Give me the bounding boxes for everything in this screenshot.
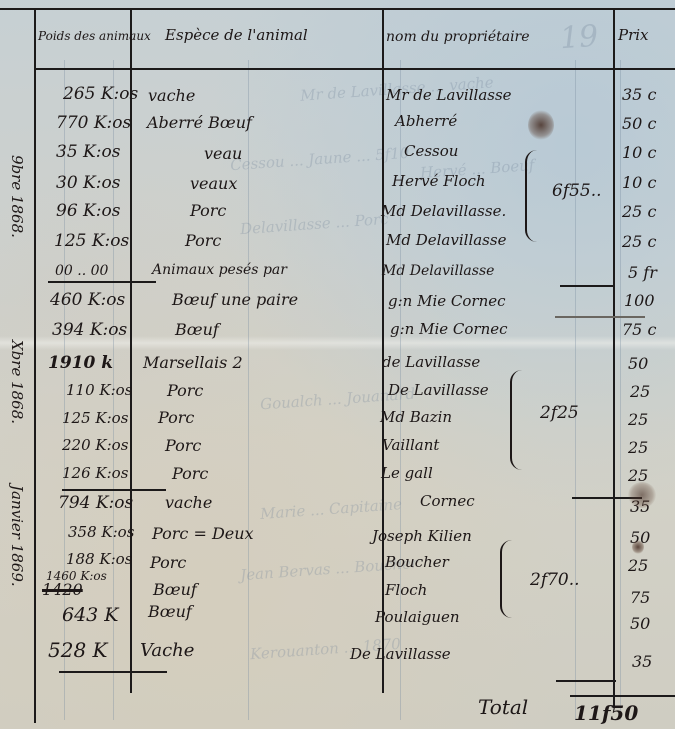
row-species: Bœuf	[148, 604, 192, 620]
row-species: vache	[165, 495, 212, 511]
row-price: 10 c	[622, 175, 656, 191]
row-price: 75 c	[622, 322, 656, 338]
row-weight: 125 K:os	[62, 411, 128, 426]
row-weight: 110 K:os	[66, 383, 132, 398]
section-separator	[556, 680, 616, 682]
faint-rule	[248, 60, 249, 720]
row-weight: 394 K:os	[52, 322, 127, 339]
row-owner: g:n Mie Cornec	[390, 322, 508, 337]
bleed-through-text: 19	[559, 19, 600, 57]
row-owner: Md Delavillasse	[386, 233, 506, 248]
row-weight: 35 K:os	[56, 144, 120, 161]
row-price: 25 c	[622, 204, 656, 220]
row-species: Vache	[140, 642, 194, 660]
row-owner: Poulaiguen	[375, 610, 460, 625]
row-owner: Floch	[385, 583, 427, 598]
row-owner: Md Delavillasse.	[381, 204, 506, 219]
weight-column-rule	[130, 8, 132, 693]
row-owner: g:n Mie Cornec	[388, 294, 506, 309]
row-owner: Le gall	[381, 466, 433, 481]
total-rule	[570, 695, 675, 697]
header-weight: Poids des animaux	[38, 30, 151, 42]
group-subtotal: 2f25	[540, 405, 579, 422]
total-value: 11f50	[574, 703, 638, 723]
total-label: Total	[478, 697, 528, 717]
row-owner: Md Bazin	[380, 410, 452, 425]
left-margin-rule	[34, 8, 36, 723]
section-separator	[555, 316, 645, 318]
row-weight: 1910 k	[48, 355, 113, 372]
header-price: Prix	[618, 28, 649, 43]
row-weight: 460 K:os	[50, 292, 125, 309]
row-owner: Md Delavillasse	[382, 264, 494, 278]
row-price: 50	[628, 356, 648, 372]
section-separator	[48, 281, 156, 283]
row-price: 5 fr	[628, 265, 657, 281]
row-species: vache	[148, 88, 195, 104]
row-species: Bœuf une paire	[172, 292, 298, 308]
row-price: 25 c	[622, 234, 656, 250]
row-species: Porc	[165, 438, 201, 454]
row-weight: 126 K:os	[62, 466, 128, 481]
ledger-page: Mr de Lavillasse ... vache Cessou ... Ja…	[0, 0, 675, 729]
row-species: Porc	[172, 466, 208, 482]
row-owner: Vaillant	[382, 438, 439, 453]
row-price: 10 c	[622, 145, 656, 161]
row-weight: 220 K:os	[62, 438, 128, 453]
row-weight: 96 K:os	[56, 203, 120, 220]
row-species: Animaux pesés par	[152, 263, 287, 277]
row-weight: 265 K:os	[63, 86, 138, 103]
row-weight: 770 K:os	[56, 115, 131, 132]
row-price: 25	[628, 558, 648, 574]
row-price: 50	[630, 616, 650, 632]
faint-rule	[620, 60, 621, 720]
row-price: 35 c	[622, 87, 656, 103]
ink-blot	[528, 110, 554, 140]
row-owner: Hervé Floch	[392, 174, 486, 189]
row-price: 75	[630, 590, 650, 606]
row-species: Aberré Bœuf	[147, 115, 252, 131]
section-separator	[560, 285, 615, 287]
group-brace	[510, 370, 522, 470]
row-price: 100	[624, 293, 655, 309]
row-owner: Joseph Kilien	[372, 529, 472, 544]
row-price: 50 c	[622, 116, 656, 132]
row-owner: Cessou	[404, 144, 458, 159]
group-brace	[500, 540, 512, 618]
row-owner: De Lavillasse	[388, 383, 489, 398]
faint-rule	[575, 60, 576, 720]
row-price: 25	[628, 440, 648, 456]
species-column-rule	[382, 8, 384, 693]
header-owner: nom du propriétaire	[386, 30, 530, 44]
row-species: Bœuf	[153, 582, 197, 598]
side-date: Janvier 1869.	[8, 485, 26, 587]
top-rule	[0, 8, 675, 10]
row-weight: 00 .. 00	[55, 264, 108, 278]
row-weight: 125 K:os	[54, 233, 129, 250]
row-species: Porc	[185, 233, 221, 249]
row-owner: Mr de Lavillasse	[386, 88, 512, 103]
row-species: Porc = Deux	[152, 526, 254, 542]
group-subtotal: 2f70..	[530, 572, 580, 589]
row-species: veau	[204, 146, 242, 162]
row-owner: Cornec	[420, 494, 475, 509]
row-species: veaux	[190, 176, 237, 192]
group-subtotal: 6f55..	[552, 183, 602, 200]
row-weight: 643 K	[62, 606, 119, 625]
side-date: Xbre 1868.	[8, 340, 26, 424]
ink-blot	[628, 482, 656, 508]
row-price: 35	[632, 654, 652, 670]
row-price: 25	[630, 384, 650, 400]
row-owner: de Lavillasse	[382, 355, 480, 370]
owner-column-rule	[613, 8, 615, 708]
row-price: 25	[628, 412, 648, 428]
row-species: Porc	[150, 555, 186, 571]
row-owner: Boucher	[385, 555, 449, 570]
ink-blot	[632, 540, 644, 554]
header-species: Espèce de l'animal	[165, 28, 308, 43]
row-species: Marsellais 2	[143, 355, 243, 371]
row-weight: 30 K:os	[56, 175, 120, 192]
row-weight: 794 K:os	[58, 495, 133, 512]
row-weight: 358 K:os	[68, 525, 134, 540]
section-separator	[59, 671, 167, 673]
row-owner: De Lavillasse	[350, 647, 451, 662]
side-date: 9bre 1868.	[8, 155, 26, 238]
row-species: Bœuf	[175, 322, 219, 338]
group-brace	[525, 150, 537, 242]
row-weight: 188 K:os	[66, 552, 132, 567]
bleed-through-text: Delavillasse ... Porc	[240, 210, 390, 238]
section-separator	[62, 489, 166, 491]
row-species: Porc	[158, 410, 194, 426]
row-owner: Abherré	[395, 114, 457, 129]
row-species: Porc	[190, 203, 226, 219]
row-species: Porc	[167, 383, 203, 399]
row-weight: 528 K	[48, 640, 107, 660]
row-weight-struck: 1420	[42, 582, 83, 598]
